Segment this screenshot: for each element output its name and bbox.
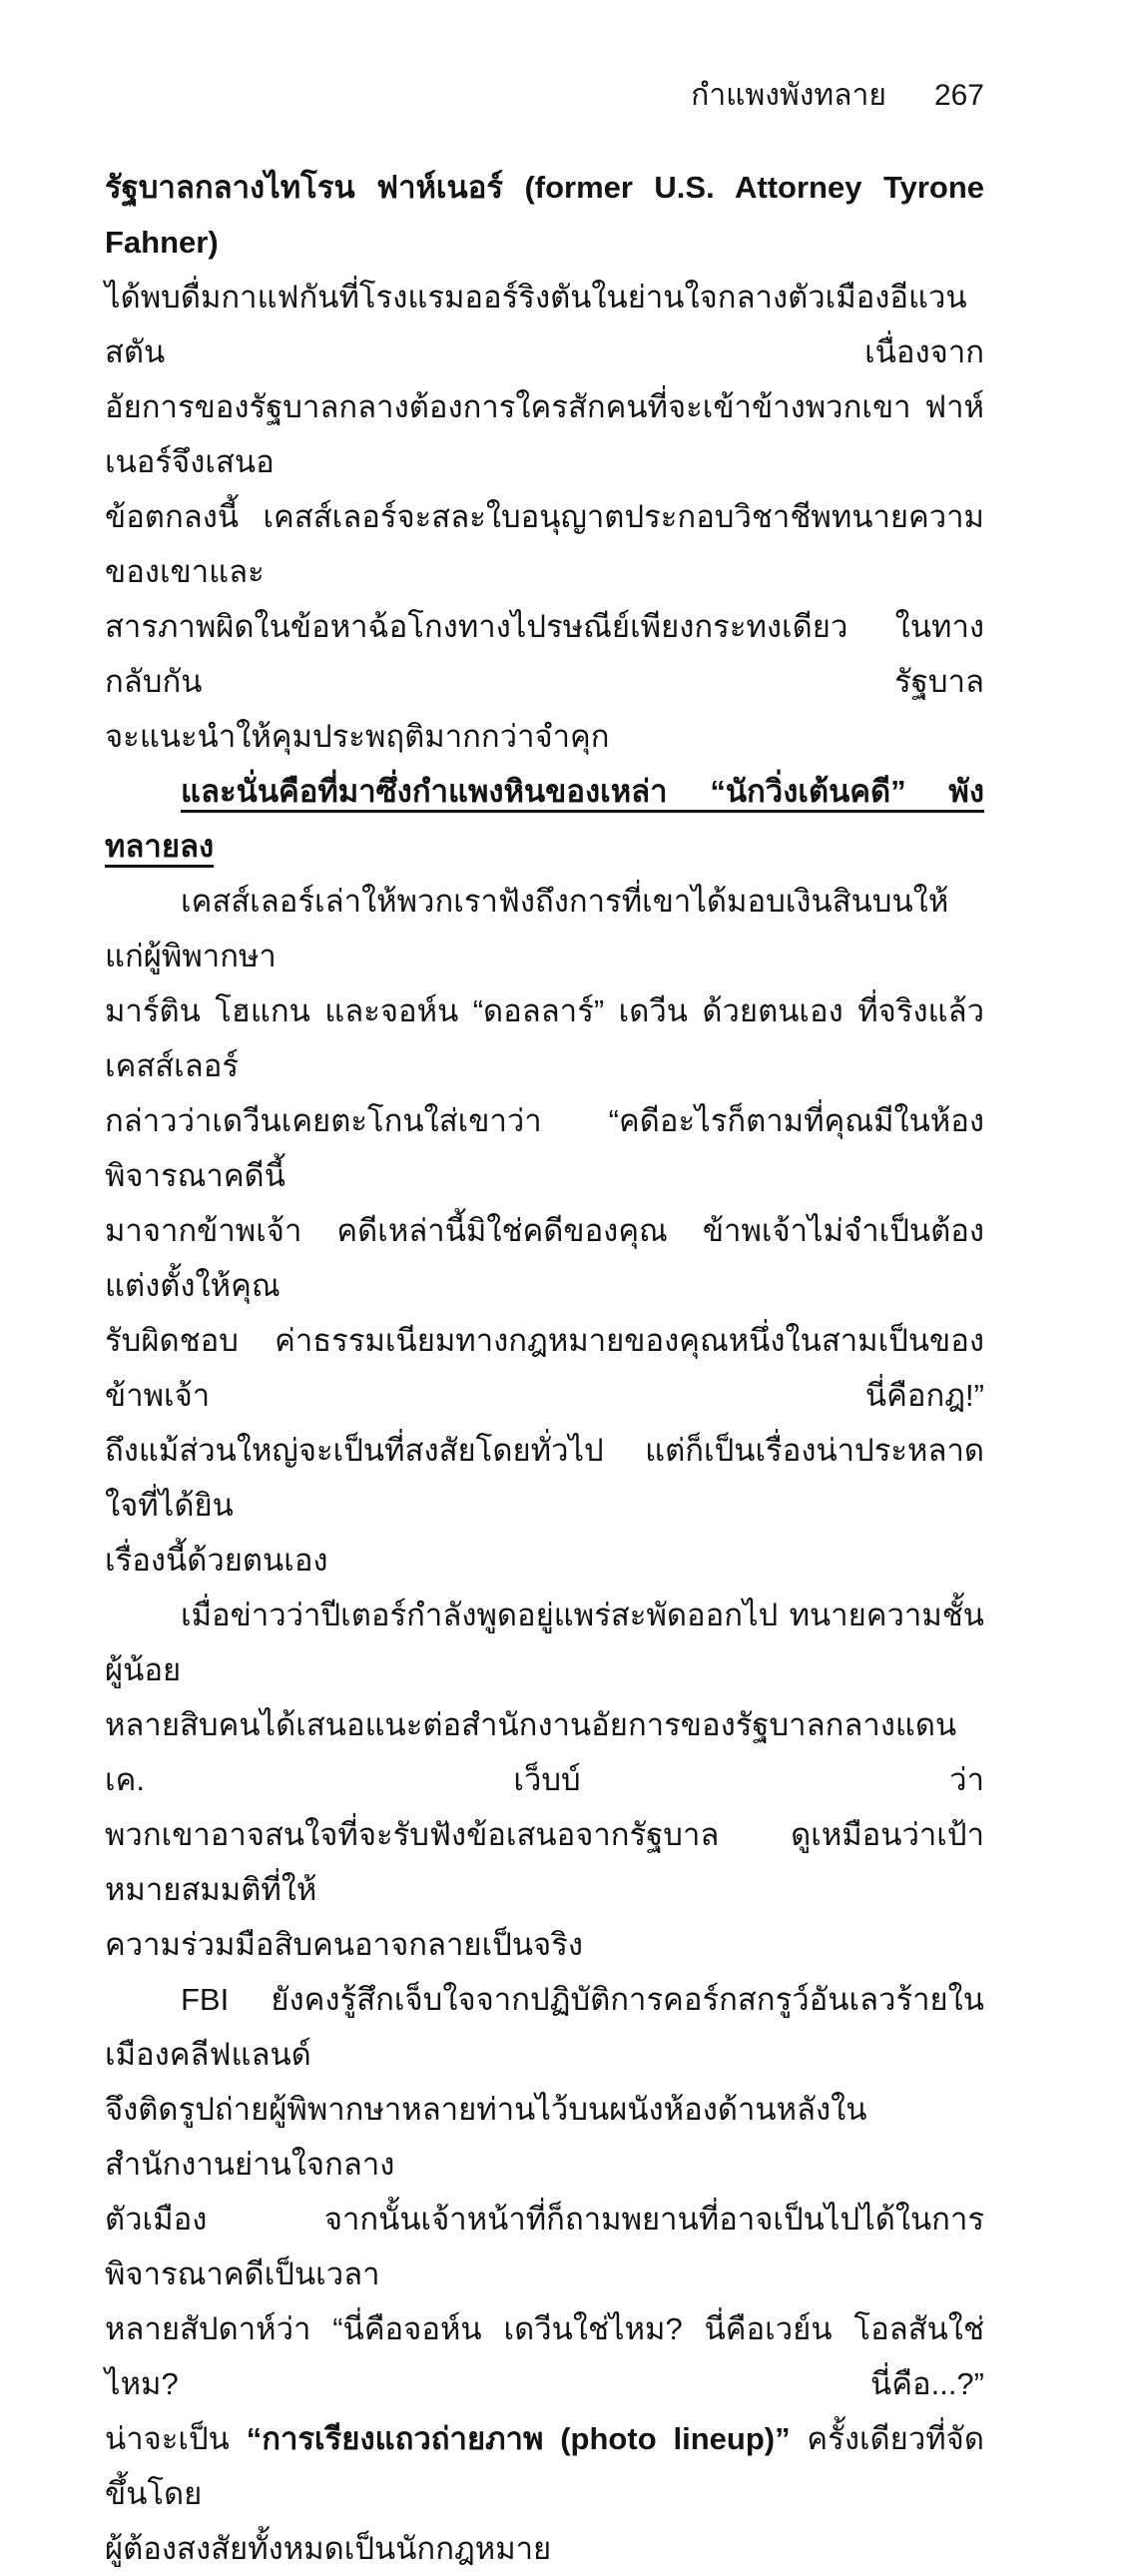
text-line: กล่าวว่าเดวีนเคยตะโกนใส่เขาว่า “คดีอะไรก…	[105, 1093, 984, 1203]
text-line: หลายสิบคนได้เสนอแนะต่อสำนักงานอัยการของร…	[105, 1697, 984, 1807]
text-segment: น่าจะเป็น	[105, 2421, 247, 2456]
text-line: FBI ยังคงรู้สึกเจ็บใจจากปฏิบัติการคอร์กส…	[105, 1972, 984, 2082]
body-text: รัฐบาลกลางไทโรน ฟาห์เนอร์ (former U.S. A…	[105, 160, 984, 2576]
section-heading: และนั่นคือที่มาซึ่งกำแพงหินของเหล่า “นัก…	[105, 764, 984, 874]
text-line: ความร่วมมือสิบคนอาจกลายเป็นจริง	[105, 1917, 984, 1972]
text-line: จึงติดรูปถ่ายผู้พิพากษาหลายท่านไว้บนผนัง…	[105, 2082, 984, 2192]
text-line: รัฐบาลกลางไทโรน ฟาห์เนอร์ (former U.S. A…	[105, 160, 984, 270]
page-number: 267	[934, 80, 984, 112]
running-head-chapter-title: กำแพงพังทลาย	[691, 80, 886, 112]
text-line: เมื่อข่าวว่าปีเตอร์กำลังพูดอยู่แพร่สะพัด…	[105, 1588, 984, 1697]
text-line: มาจากข้าพเจ้า คดีเหล่านี้มิใช่คดีของคุณ …	[105, 1203, 984, 1313]
text-line: อัยการของรัฐบาลกลางต้องการใครสักคนที่จะเ…	[105, 379, 984, 489]
book-page: กำแพงพังทลาย 267 รัฐบาลกลางไทโรน ฟาห์เนอ…	[0, 0, 1124, 1635]
text-line: ได้พบดื่มกาแฟกันที่โรงแรมออร์ริงตันในย่า…	[105, 270, 984, 379]
text-line: จะแนะนำให้คุมประพฤติมากกว่าจำคุก	[105, 709, 984, 764]
text-line: น่าจะเป็น “การเรียงแถวถ่ายภาพ (photo lin…	[105, 2411, 984, 2521]
text-line: หลายสัปดาห์ว่า “นี่คือจอห์น เดวีนใช่ไหม?…	[105, 2301, 984, 2411]
text-line: พวกเขาอาจสนใจที่จะรับฟังข้อเสนอจากรัฐบาล…	[105, 1807, 984, 1917]
text-line: ถึงแม้ส่วนใหญ่จะเป็นที่สงสัยโดยทั่วไป แต…	[105, 1423, 984, 1533]
text-line: มาร์ติน โฮแกน และจอห์น “ดอลลาร์” เดวีน ด…	[105, 983, 984, 1093]
text-line: ผู้ต้องสงสัยทั้งหมดเป็นนักกฎหมาย	[105, 2521, 984, 2576]
text-line: รับผิดชอบ ค่าธรรมเนียมทางกฎหมายของคุณหนึ…	[105, 1313, 984, 1423]
text-segment-bold: “การเรียงแถวถ่ายภาพ (photo lineup)”	[247, 2421, 791, 2456]
text-line: เรื่องนี้ด้วยตนเอง	[105, 1533, 984, 1588]
running-head: กำแพงพังทลาย 267	[105, 80, 984, 112]
text-line: เคสส์เลอร์เล่าให้พวกเราฟังถึงการที่เขาได…	[105, 874, 984, 983]
text-line: สารภาพผิดในข้อหาฉ้อโกงทางไปรษณีย์เพียงกร…	[105, 599, 984, 709]
text-line: ตัวเมือง จากนั้นเจ้าหน้าที่ก็ถามพยานที่อ…	[105, 2192, 984, 2301]
text-line: ข้อตกลงนี้ เคสส์เลอร์จะสละใบอนุญาตประกอบ…	[105, 489, 984, 599]
